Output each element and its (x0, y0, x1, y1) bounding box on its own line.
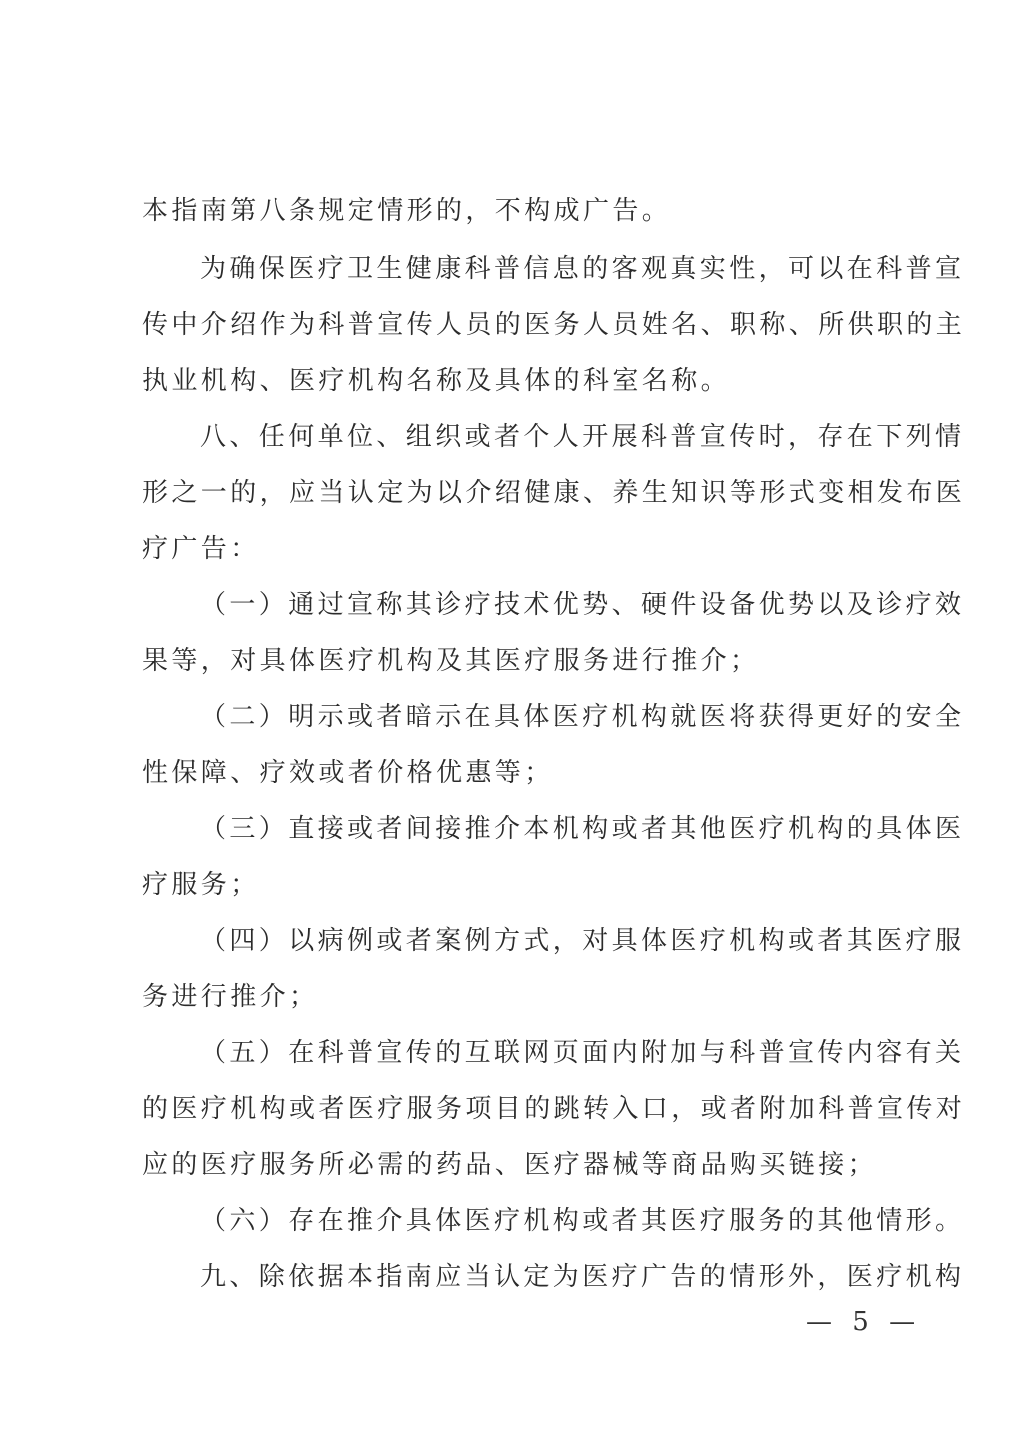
paragraph-line: 的医疗机构或者医疗服务项目的跳转入口，或者附加科普宣传对 (142, 1094, 912, 1124)
paragraph-line: 果等，对具体医疗机构及其医疗服务进行推介； (142, 646, 912, 676)
paragraph-line: 执业机构、医疗机构名称及具体的科室名称。 (142, 366, 912, 396)
list-item-4: （四）以病例或者案例方式，对具体医疗机构或者其医疗服 (200, 926, 912, 956)
paragraph-line: 形之一的，应当认定为以介绍健康、养生知识等形式变相发布医 (142, 478, 912, 508)
list-item-3: （三）直接或者间接推介本机构或者其他医疗机构的具体医 (200, 814, 912, 844)
paragraph-line: 本指南第八条规定情形的，不构成广告。 (142, 196, 912, 226)
paragraph-line: 应的医疗服务所必需的药品、医疗器械等商品购买链接； (142, 1150, 912, 1180)
list-item-2: （二）明示或者暗示在具体医疗机构就医将获得更好的安全 (200, 702, 912, 732)
paragraph-line: 为确保医疗卫生健康科普信息的客观真实性，可以在科普宣 (200, 254, 912, 284)
list-item-1: （一）通过宣称其诊疗技术优势、硬件设备优势以及诊疗效 (200, 590, 912, 620)
paragraph-line: 性保障、疗效或者价格优惠等； (142, 758, 912, 788)
paragraph-line: 务进行推介； (142, 982, 912, 1012)
list-item-5: （五）在科普宣传的互联网页面内附加与科普宣传内容有关 (200, 1038, 912, 1068)
section-heading-9: 九、除依据本指南应当认定为医疗广告的情形外，医疗机构 (200, 1262, 912, 1292)
paragraph-line: 疗广告： (142, 534, 912, 564)
section-heading-8: 八、任何单位、组织或者个人开展科普宣传时，存在下列情 (200, 422, 912, 452)
document-page: 本指南第八条规定情形的，不构成广告。 为确保医疗卫生健康科普信息的客观真实性，可… (0, 0, 1024, 1448)
paragraph-line: 传中介绍作为科普宣传人员的医务人员姓名、职称、所供职的主 (142, 310, 912, 340)
page-number: — 5 — (806, 1307, 921, 1337)
paragraph-line: 疗服务； (142, 870, 912, 900)
list-item-6: （六）存在推介具体医疗机构或者其医疗服务的其他情形。 (200, 1206, 912, 1236)
